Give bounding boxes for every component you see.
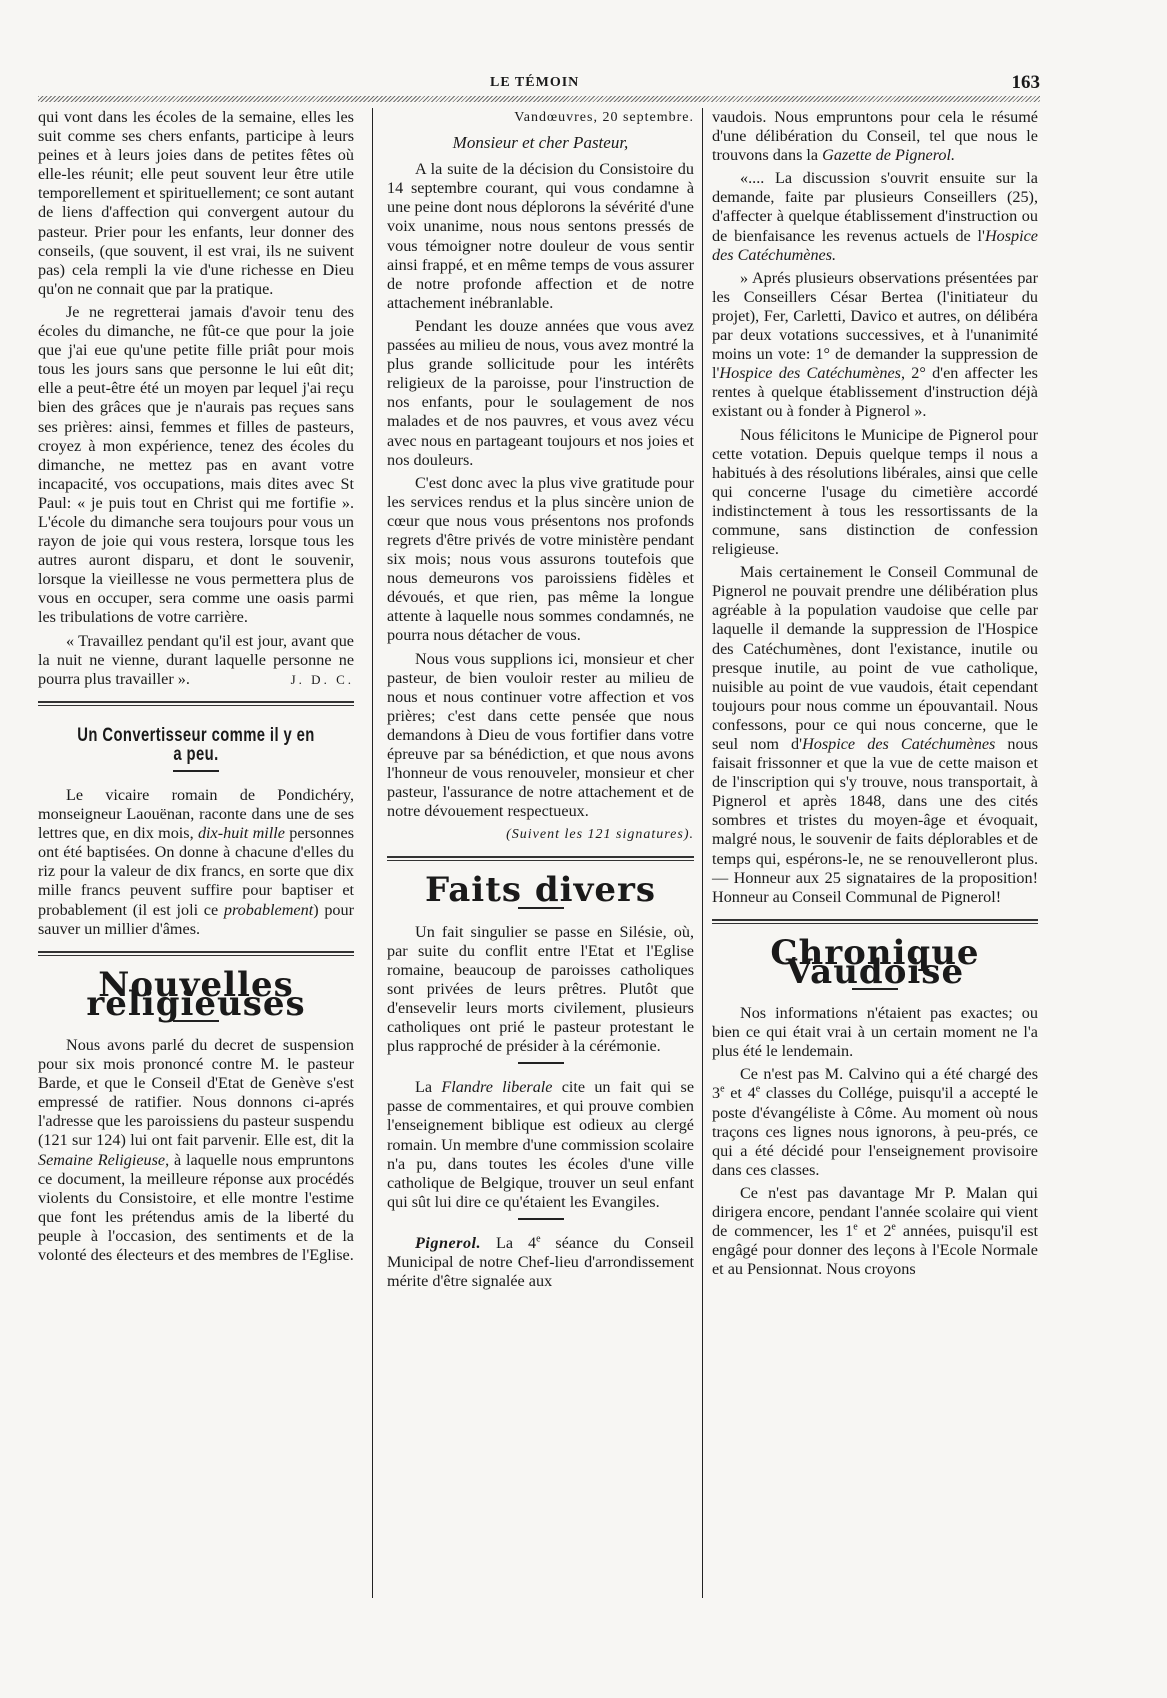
paragraph: Nos informations n'étaient pas exactes; … [712, 1004, 1038, 1061]
column-left: qui vont dans les écoles de la semaine, … [38, 108, 354, 1269]
section-title-chronique-vaudoise: Chronique Vaudoise [712, 944, 1038, 982]
italic-text: probablement [224, 901, 313, 919]
column-divider [372, 108, 373, 1598]
paragraph: « Travaillez pendant qu'il est jour, ava… [38, 632, 354, 689]
italic-text: Gazette de Pignerol. [822, 146, 955, 164]
paragraph: «.... La discussion s'ouvrit ensuite sur… [712, 169, 1038, 264]
paragraph: Je ne regretterai jamais d'avoir tenu de… [38, 303, 354, 628]
paragraph: Ce n'est pas davantage Mr P. Malan qui d… [712, 1184, 1038, 1279]
paragraph: vaudois. Nous empruntons pour cela le ré… [712, 108, 1038, 165]
paragraph: Nous avons parlé du decret de suspension… [38, 1036, 354, 1265]
italic-text: Flandre liberale [441, 1078, 552, 1096]
italic-text: Hospice des Catéchumènes [802, 735, 995, 753]
text: Mais certainement le Conseil Communal de… [712, 563, 1038, 753]
paragraph: Nous félicitons le Municipe de Pignerol … [712, 426, 1038, 560]
text: La [415, 1078, 441, 1096]
author-initials: J. D. C. [263, 670, 354, 689]
italic-text: dix-huit mille [198, 824, 285, 842]
column-middle: Vandœuvres, 20 septembre. Monsieur et ch… [387, 108, 694, 1295]
paragraph: Pignerol. La 4e séance du Conseil Munici… [387, 1234, 694, 1291]
title-underline [173, 770, 219, 772]
text: et 4 [725, 1084, 756, 1102]
wavy-header-rule [38, 96, 1040, 102]
paragraph: qui vont dans les écoles de la semaine, … [38, 108, 354, 299]
page-number: 163 [1012, 72, 1041, 94]
paragraph: A la suite de la décision du Consistoire… [387, 160, 694, 313]
paragraph: Un fait singulier se passe en Silésie, o… [387, 923, 694, 1057]
section-title-faits-divers: Faits divers [387, 881, 694, 900]
italic-text: Semaine Religieuse [38, 1151, 165, 1169]
section-divider [712, 919, 1038, 924]
signatures-note: (Suivent les 121 signatures). [387, 825, 694, 844]
paragraph: La Flandre liberale cite un fait qui se … [387, 1078, 694, 1212]
text: et 2 [858, 1222, 892, 1240]
paragraph: » Aprés plusieurs observations présentée… [712, 269, 1038, 422]
section-title-convertisseur: Un Convertisseur comme il y en a peu. [73, 726, 319, 764]
paragraph: C'est donc avec la plus vive gratitude p… [387, 474, 694, 646]
section-divider [38, 701, 354, 706]
newspaper-title: LE TÉMOIN [490, 75, 579, 91]
letter-dateline: Vandœuvres, 20 septembre. [387, 108, 694, 127]
italic-text: Hospice des Catéchumènes [719, 364, 901, 382]
text: cite un fait qui se passe de commentaire… [387, 1078, 694, 1211]
lead-word: Pignerol. [415, 1234, 481, 1252]
text: classes du Collége, puisqu'il a accepté … [712, 1084, 1038, 1178]
paragraph: Ce n'est pas M. Calvino qui a été chargé… [712, 1065, 1038, 1180]
paragraph: Le vicaire romain de Pondichéry, monseig… [38, 786, 354, 939]
column-right: vaudois. Nous empruntons pour cela le ré… [712, 108, 1038, 1283]
section-title-nouvelles-religieuses: Nouvelles religieuses [38, 976, 354, 1014]
item-separator [518, 1218, 564, 1220]
paragraph: Mais certainement le Conseil Communal de… [712, 563, 1038, 907]
paragraph: Pendant les douze années que vous avez p… [387, 317, 694, 470]
text: nous faisait frissonner et que la vue de… [712, 735, 1038, 906]
page-header: LE TÉMOIN 163 [38, 0, 1040, 96]
letter-salutation: Monsieur et cher Pasteur, [387, 133, 694, 152]
section-divider [387, 856, 694, 861]
paragraph: Nous vous supplions ici, monsieur et che… [387, 650, 694, 822]
text: Nous avons parlé du decret de suspension… [38, 1036, 354, 1149]
text: La 4 [481, 1234, 536, 1252]
section-divider [38, 951, 354, 956]
column-divider [702, 108, 703, 1598]
item-separator [518, 1062, 564, 1064]
